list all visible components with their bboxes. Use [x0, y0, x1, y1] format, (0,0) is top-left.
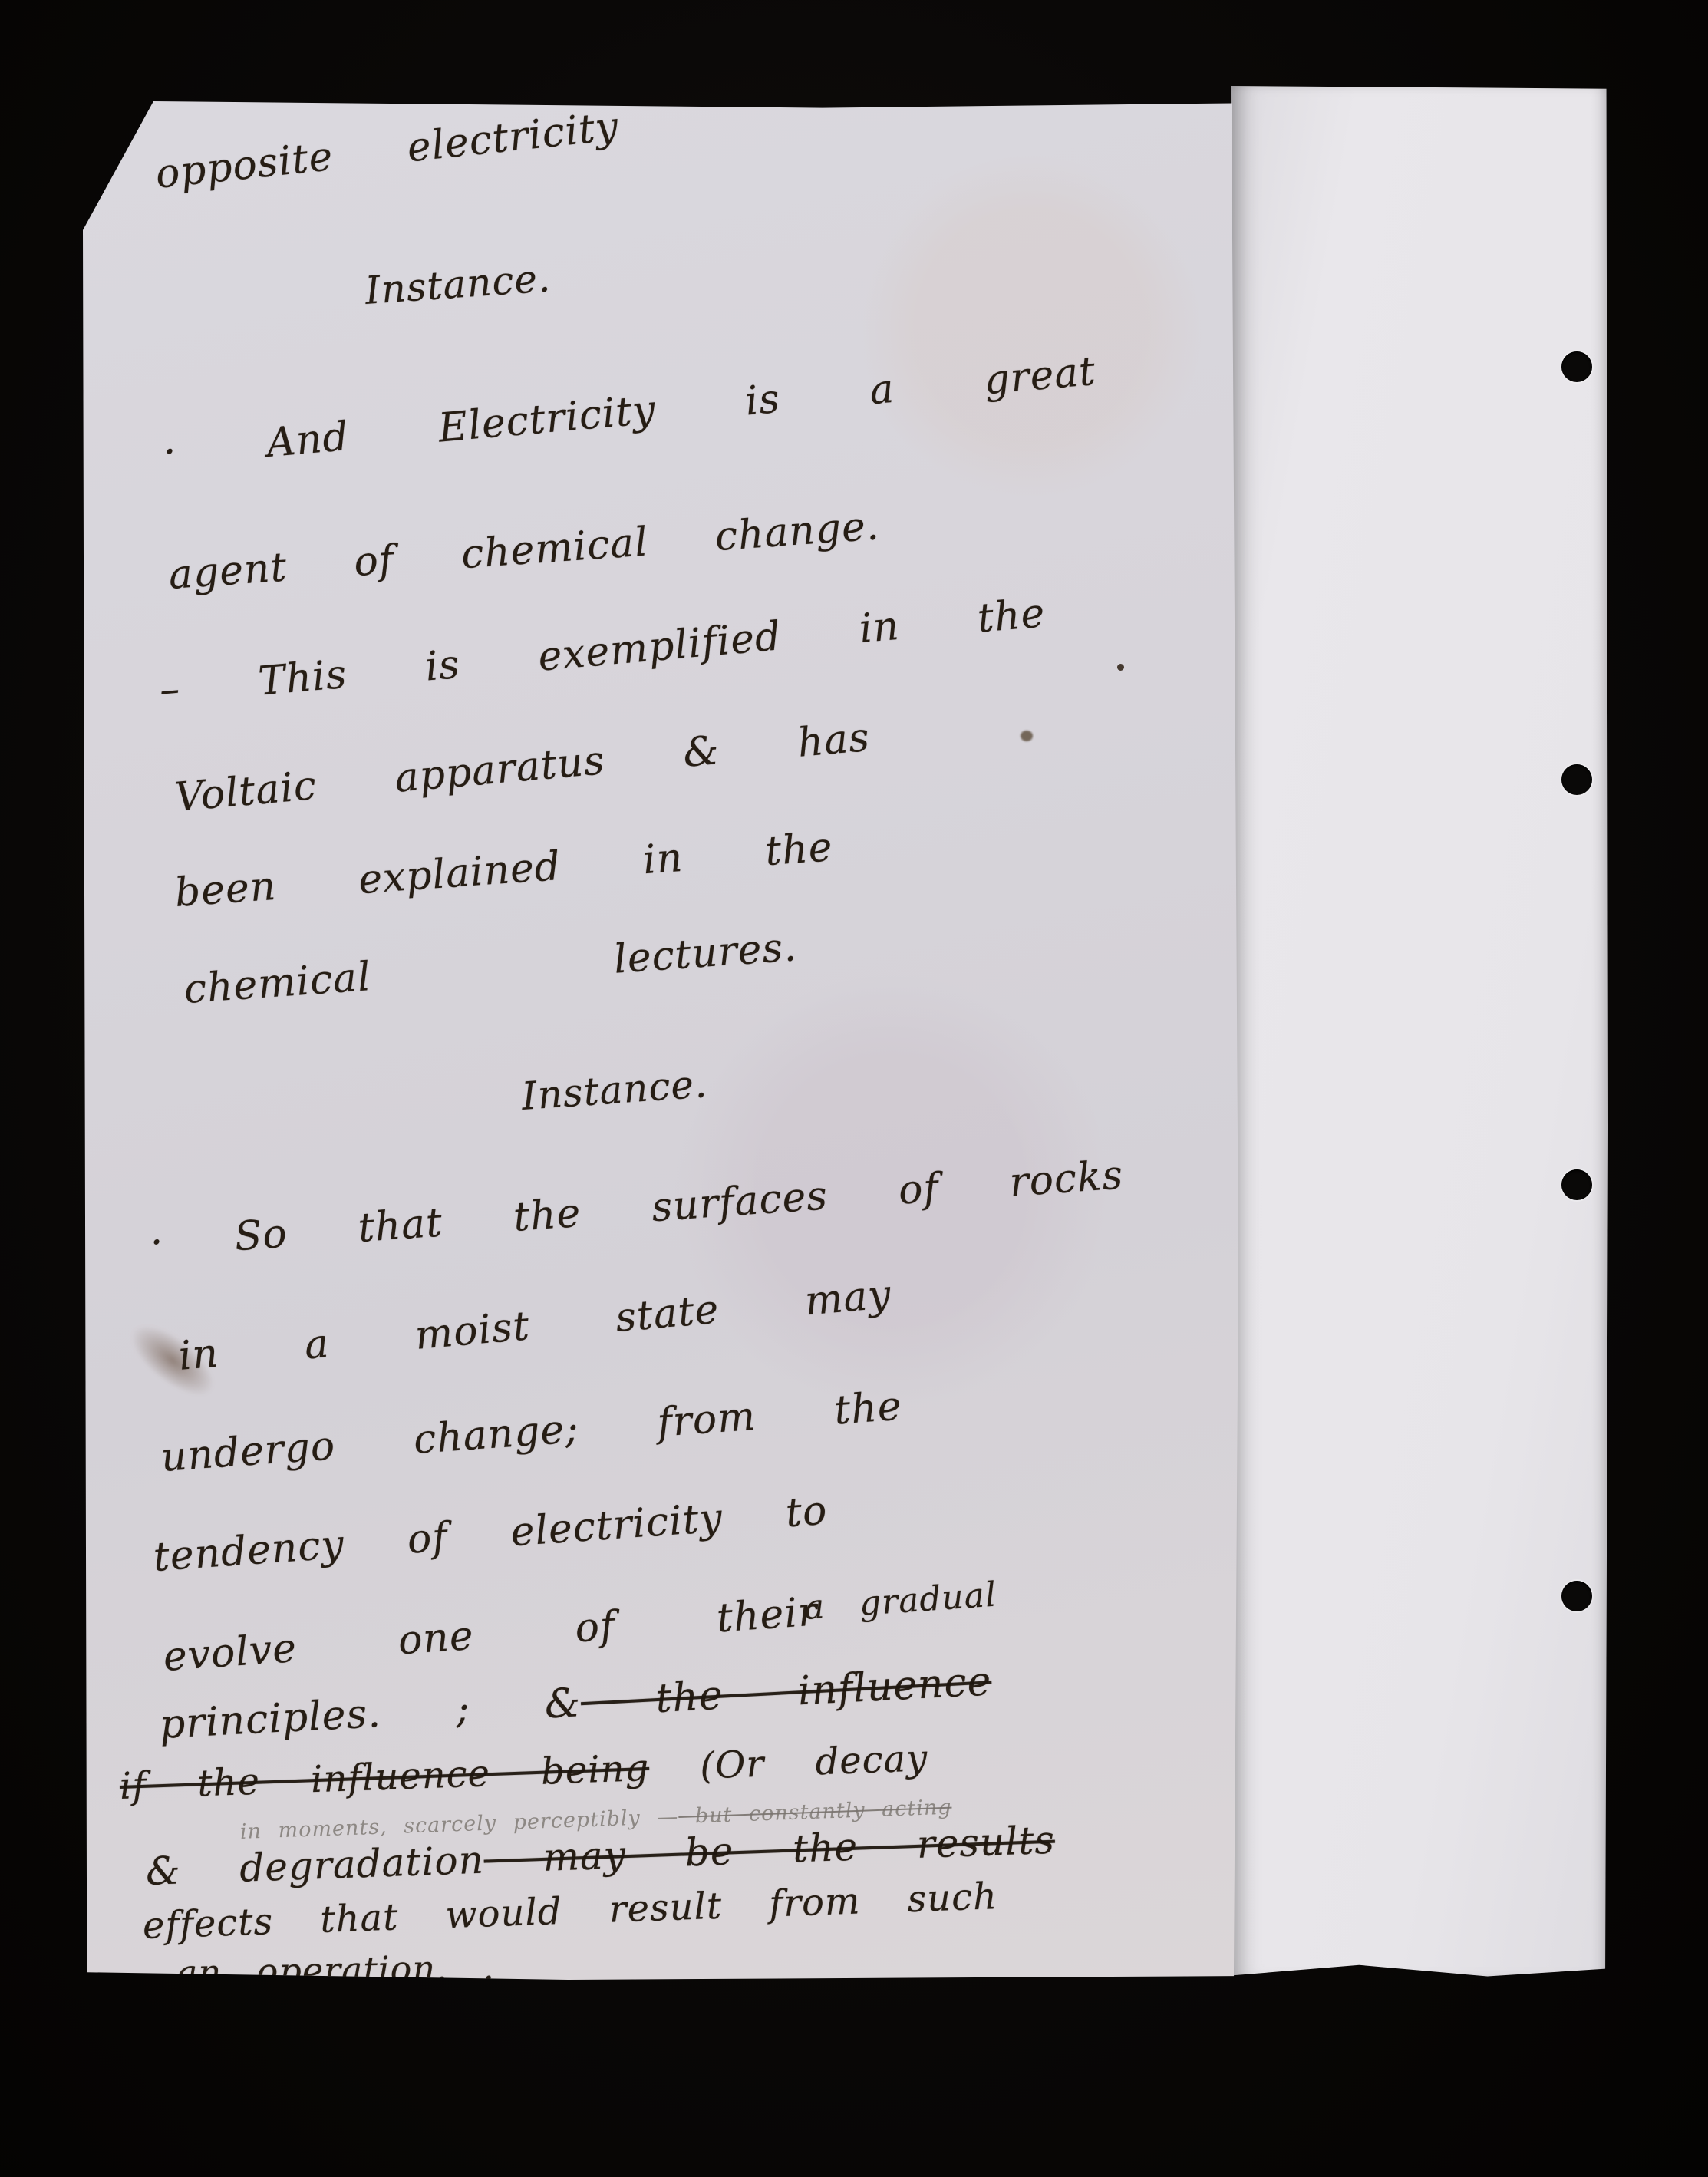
manuscript-page: opposite electricity Instance. · And Ele…	[83, 101, 1238, 1980]
handwriting-text: principles. ; &	[158, 1680, 582, 1748]
punch-hole	[1561, 1581, 1592, 1611]
line-agent-of: agent of chemical change.	[167, 503, 881, 599]
handwriting-text: (Or decay	[648, 1737, 928, 1789]
line-this-is: – This is exemplified in the	[157, 590, 1047, 714]
line-and-electricity: · And Electricity is a great	[161, 348, 1097, 476]
handwriting-text: evolve one of their	[162, 1588, 819, 1680]
handwriting-struck-text: the influence	[579, 1658, 992, 1726]
manuscript-photo: opposite electricity Instance. · And Ele…	[0, 0, 1708, 2177]
line-tendency-of: tendency of electricity to	[152, 1488, 829, 1581]
line-if-the-influence: if the influence being (Or decay	[119, 1737, 928, 1808]
line-a-gradual-insert: a gradual	[803, 1575, 997, 1628]
handwriting-text: Voltaic apparatus & has	[173, 714, 872, 821]
line-in-a-moist: in a moist state may	[176, 1272, 893, 1380]
folded-corner	[83, 101, 153, 230]
punched-paper-strip	[1231, 86, 1608, 1978]
punch-hole	[1561, 351, 1592, 382]
handwriting-text: & degradation	[145, 1838, 485, 1894]
handwriting-text: chemical lectures.	[183, 924, 799, 1013]
line-undergo-change: undergo change; from the	[160, 1384, 903, 1481]
line-instance-heading-2: Instance.	[520, 1061, 709, 1119]
line-opposite-electricity: opposite electricity	[153, 104, 621, 198]
handwriting-text: Instance.	[520, 1061, 709, 1119]
handwriting-text: undergo change; from the	[160, 1384, 903, 1481]
handwriting-text: – This is exemplified in the	[157, 590, 1047, 714]
line-instance-heading-1: Instance.	[364, 256, 552, 313]
line-been-explained: been explained in the	[173, 824, 834, 916]
handwriting-text: been explained in the	[173, 824, 834, 916]
ink-speck	[1021, 731, 1033, 741]
handwriting-text: opposite electricity	[153, 104, 621, 198]
line-evolve-one: evolve one of their	[162, 1588, 819, 1680]
punch-hole	[1561, 764, 1592, 795]
punch-hole	[1561, 1169, 1592, 1200]
handwriting-text: in a moist state may	[176, 1272, 893, 1380]
line-voltaic: Voltaic apparatus & has	[173, 714, 872, 821]
line-an-operation: an operation. .	[176, 1947, 496, 1994]
handwriting-text: · So that the surfaces of rocks	[149, 1152, 1125, 1266]
handwriting-text: an operation. .	[176, 1947, 496, 1994]
handwriting-text: · And Electricity is a great	[161, 348, 1097, 476]
ink-speck	[1117, 664, 1124, 671]
handwriting-struck-text: if the influence being	[119, 1747, 650, 1808]
line-chemical-lectures: chemical lectures.	[183, 924, 799, 1013]
line-so-that: · So that the surfaces of rocks	[149, 1152, 1125, 1266]
handwriting-text: tendency of electricity to	[152, 1488, 829, 1581]
handwriting-text: a gradual	[803, 1575, 997, 1628]
handwriting-text: Instance.	[364, 256, 552, 313]
handwriting-text: agent of chemical change.	[167, 503, 881, 599]
